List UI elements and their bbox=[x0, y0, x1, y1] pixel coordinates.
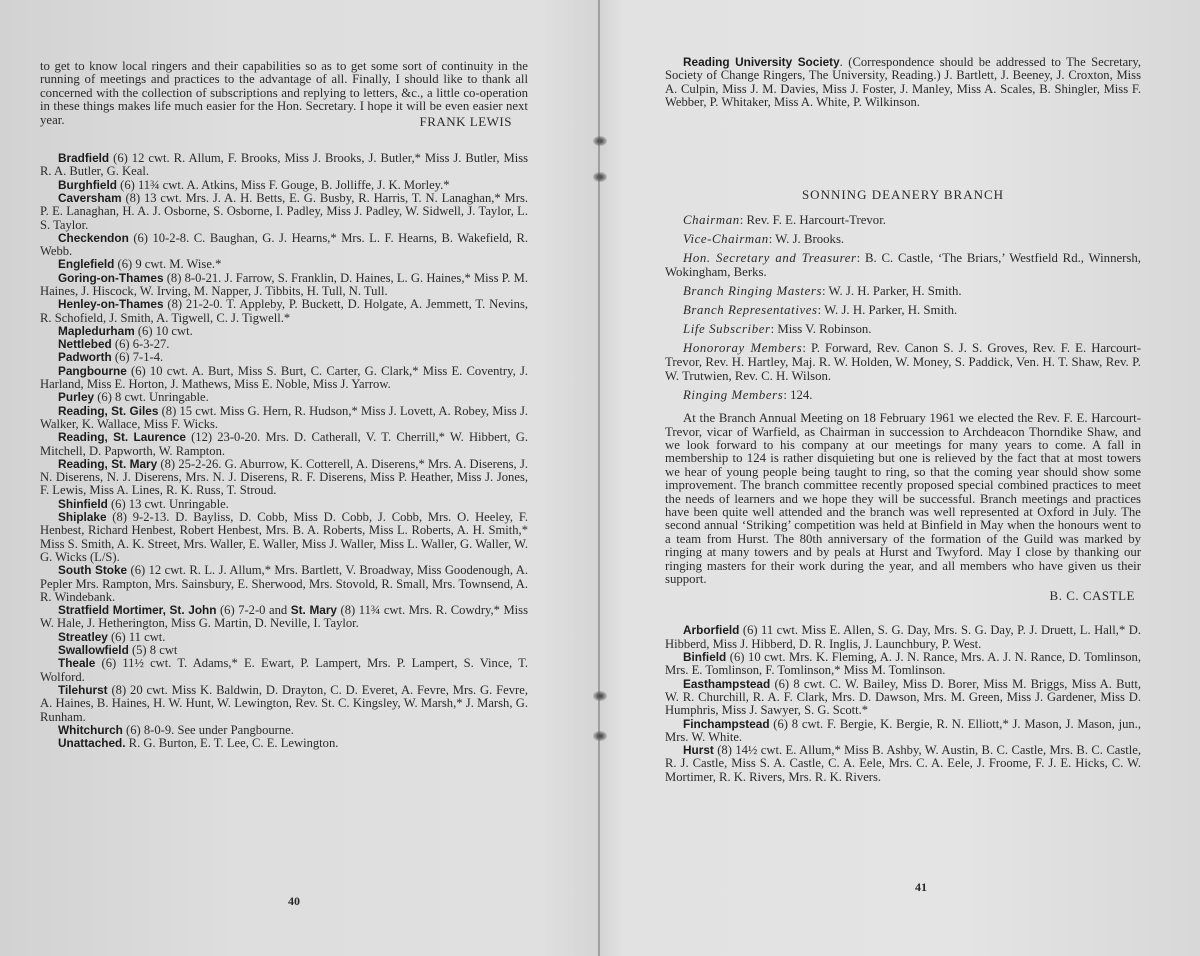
signature-bc-castle: B. C. CASTLE bbox=[665, 588, 1141, 604]
tower-entry: Tilehurst (8) 20 cwt. Miss K. Baldwin, D… bbox=[40, 684, 528, 724]
tower-entry: Caversham (8) 13 cwt. Mrs. J. A. H. Bett… bbox=[40, 192, 528, 232]
branch-heading: SONNING DEANERY BRANCH bbox=[665, 187, 1141, 203]
tower-name: Streatley bbox=[58, 630, 108, 644]
tower-name: Goring-on-Thames bbox=[58, 271, 164, 285]
right-page: Reading University Society. (Corresponde… bbox=[665, 0, 1141, 956]
tower-entry: Easthampstead (6) 8 cwt. C. W. Bailey, M… bbox=[665, 678, 1141, 718]
tower-name: Reading, St. Giles bbox=[58, 404, 158, 418]
officer-entry: Branch Ringing Masters: W. J. H. Parker,… bbox=[665, 284, 1141, 298]
tower-name: South Stoke bbox=[58, 563, 127, 577]
book-spread: to get to know local ringers and their c… bbox=[0, 0, 1200, 956]
tower-name: Swallowfield bbox=[58, 643, 129, 657]
tower-name: Arborfield bbox=[683, 623, 739, 637]
officer-role: Honororay Members bbox=[683, 341, 802, 355]
officer-entry: Chairman: Rev. F. E. Harcourt-Trevor. bbox=[665, 213, 1141, 227]
tower-entry: Checkendon (6) 10-2-8. C. Baughan, G. J.… bbox=[40, 232, 528, 259]
tower-entry: South Stoke (6) 12 cwt. R. L. J. Allum,*… bbox=[40, 564, 528, 604]
tower-entry: Reading, St. Laurence (12) 23-0-20. Mrs.… bbox=[40, 431, 528, 458]
tower-entry: Whitchurch (6) 8-0-9. See under Pangbour… bbox=[40, 724, 528, 737]
tower-entry: Purley (6) 8 cwt. Unringable. bbox=[40, 391, 528, 404]
tower-name: Unattached. bbox=[58, 736, 126, 750]
officer-entry: Honororay Members: P. Forward, Rev. Cano… bbox=[665, 341, 1141, 383]
tower-entry: Pangbourne (6) 10 cwt. A. Burt, Miss S. … bbox=[40, 365, 528, 392]
officer-role: Life Subscriber bbox=[683, 322, 771, 336]
officer-entry: Hon. Secretary and Treasurer: B. C. Cast… bbox=[665, 251, 1141, 279]
tower-entry: Goring-on-Thames (8) 8-0-21. J. Farrow, … bbox=[40, 272, 528, 299]
tower-entry: Mapledurham (6) 10 cwt. bbox=[40, 325, 528, 338]
tower-entry: Padworth (6) 7-1-4. bbox=[40, 351, 528, 364]
tower-list: Arborfield (6) 11 cwt. Miss E. Allen, S.… bbox=[665, 624, 1141, 784]
tower-name: Binfield bbox=[683, 650, 726, 664]
tower-entry: Burghfield (6) 11¾ cwt. A. Atkins, Miss … bbox=[40, 179, 528, 192]
tower-name: Mapledurham bbox=[58, 324, 135, 338]
tower-entry: Arborfield (6) 11 cwt. Miss E. Allen, S.… bbox=[665, 624, 1141, 651]
tower-entry: Reading, St. Giles (8) 15 cwt. Miss G. H… bbox=[40, 405, 528, 432]
page-number: 41 bbox=[915, 880, 927, 895]
tower-entry: Shiplake (8) 9-2-13. D. Bayliss, D. Cobb… bbox=[40, 511, 528, 564]
tower-entry: Nettlebed (6) 6-3-27. bbox=[40, 338, 528, 351]
officer-role: Hon. Secretary and Treasurer bbox=[683, 251, 857, 265]
tower-entry: Henley-on-Thames (8) 21-2-0. T. Appleby,… bbox=[40, 298, 528, 325]
tower-entry: Finchampstead (6) 8 cwt. F. Bergie, K. B… bbox=[665, 718, 1141, 745]
tower-entry: Bradfield (6) 12 cwt. R. Allum, F. Brook… bbox=[40, 152, 528, 179]
officer-role: Branch Ringing Masters bbox=[683, 284, 822, 298]
tower-name: Burghfield bbox=[58, 178, 117, 192]
officer-entry: Life Subscriber: Miss V. Robinson. bbox=[665, 322, 1141, 336]
tower-entry: Swallowfield (5) 8 cwt bbox=[40, 644, 528, 657]
tower-entry: Reading, St. Mary (8) 25-2-26. G. Aburro… bbox=[40, 458, 528, 498]
tower-name: Caversham bbox=[58, 191, 122, 205]
officer-role: Branch Representatives bbox=[683, 303, 818, 317]
officer-entry: Vice-Chairman: W. J. Brooks. bbox=[665, 232, 1141, 246]
page-number: 40 bbox=[288, 894, 300, 909]
tower-name: Bradfield bbox=[58, 151, 109, 165]
tower-name: Whitchurch bbox=[58, 723, 123, 737]
tower-list: Bradfield (6) 12 cwt. R. Allum, F. Brook… bbox=[40, 152, 528, 750]
officer-entry: Ringing Members: 124. bbox=[665, 388, 1141, 402]
tower-entry: Theale (6) 11½ cwt. T. Adams,* E. Ewart,… bbox=[40, 657, 528, 684]
tower-name: Reading, St. Mary bbox=[58, 457, 157, 471]
tower-entry: Englefield (6) 9 cwt. M. Wise.* bbox=[40, 258, 528, 271]
society-entry: Reading University Society. (Corresponde… bbox=[665, 56, 1141, 109]
signature-frank-lewis: FRANK LEWIS bbox=[40, 114, 528, 130]
tower-entry: Streatley (6) 11 cwt. bbox=[40, 631, 528, 644]
officer-role: Ringing Members bbox=[683, 388, 783, 402]
tower-name: Shinfield bbox=[58, 497, 108, 511]
society-name: Reading University Society bbox=[683, 55, 840, 69]
tower-entry: Unattached. R. G. Burton, E. T. Lee, C. … bbox=[40, 737, 528, 750]
officer-entry: Branch Representatives: W. J. H. Parker,… bbox=[665, 303, 1141, 317]
left-page: to get to know local ringers and their c… bbox=[40, 0, 528, 956]
tower-name: Stratfield Mortimer, St. John bbox=[58, 603, 216, 617]
tower-entry: Stratfield Mortimer, St. John (6) 7-2-0 … bbox=[40, 604, 528, 631]
tower-name: Englefield bbox=[58, 257, 114, 271]
staple-mark bbox=[593, 691, 607, 701]
tower-name: Shiplake bbox=[58, 510, 107, 524]
tower-name: Tilehurst bbox=[58, 683, 108, 697]
tower-name: Easthampstead bbox=[683, 677, 770, 691]
tower-name: Finchampstead bbox=[683, 717, 770, 731]
tower-name: Purley bbox=[58, 390, 94, 404]
staple-mark bbox=[593, 172, 607, 182]
tower-name: Padworth bbox=[58, 350, 112, 364]
tower-entry: Binfield (6) 10 cwt. Mrs. K. Fleming, A.… bbox=[665, 651, 1141, 678]
tower-name: Reading, St. Laurence bbox=[58, 430, 186, 444]
tower-name: Hurst bbox=[683, 743, 714, 757]
tower-name: Checkendon bbox=[58, 231, 129, 245]
tower-name: Nettlebed bbox=[58, 337, 112, 351]
tower-name: Henley-on-Thames bbox=[58, 297, 164, 311]
staple-mark bbox=[593, 136, 607, 146]
tower-name: Theale bbox=[58, 656, 95, 670]
officer-role: Chairman bbox=[683, 213, 740, 227]
tower-entry: Hurst (8) 14½ cwt. E. Allum,* Miss B. As… bbox=[665, 744, 1141, 784]
tower-entry: Shinfield (6) 13 cwt. Unringable. bbox=[40, 498, 528, 511]
officer-list: Chairman: Rev. F. E. Harcourt-Trevor. Vi… bbox=[665, 213, 1141, 402]
tower-name: Pangbourne bbox=[58, 364, 127, 378]
staple-mark bbox=[593, 731, 607, 741]
report-paragraph: At the Branch Annual Meeting on 18 Febru… bbox=[665, 412, 1141, 586]
tower-name: St. Mary bbox=[291, 603, 337, 617]
officer-role: Vice-Chairman bbox=[683, 232, 769, 246]
